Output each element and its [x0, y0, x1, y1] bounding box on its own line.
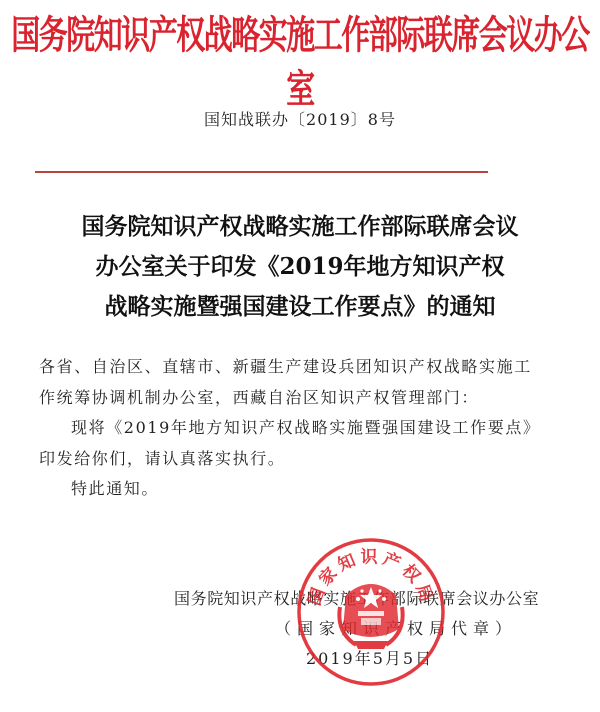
- notice-title-line-2: 办公室关于印发《2019年地方知识产权: [0, 247, 600, 287]
- issue-date: 2019年5月5日: [306, 646, 433, 669]
- notice-title-line-3: 战略实施暨强国建设工作要点》的通知: [0, 287, 600, 327]
- main-paragraph-line-1: 现将《2019年地方知识产权战略实施暨强国建设工作要点》: [39, 413, 569, 444]
- recipients-line-2: 作统筹协调机制办公室，西藏自治区知识产权管理部门：: [39, 383, 569, 414]
- notice-title-line-1: 国务院知识产权战略实施工作部际联席会议: [0, 207, 600, 247]
- signing-office: 国务院知识产权战略实施工作部际联席会议办公室: [174, 586, 539, 609]
- notice-title: 国务院知识产权战略实施工作部际联席会议 办公室关于印发《2019年地方知识产权 …: [0, 207, 600, 327]
- recipients-line-1: 各省、自治区、直辖市、新疆生产建设兵团知识产权战略实施工: [39, 352, 569, 383]
- main-paragraph-line-2: 印发给你们，请认真落实执行。: [39, 444, 569, 475]
- closing-line: 特此通知。: [39, 474, 569, 505]
- document-number: 国知战联办〔2019〕8号: [0, 107, 600, 130]
- notice-body: 各省、自治区、直辖市、新疆生产建设兵团知识产权战略实施工 作统筹协调机制办公室，…: [39, 352, 569, 505]
- red-divider-line: [35, 171, 488, 173]
- seal-note: （国家知识产权局代章）: [275, 616, 517, 639]
- issuer-header-title: 国务院知识产权战略实施工作部际联席会议办公室: [0, 8, 600, 116]
